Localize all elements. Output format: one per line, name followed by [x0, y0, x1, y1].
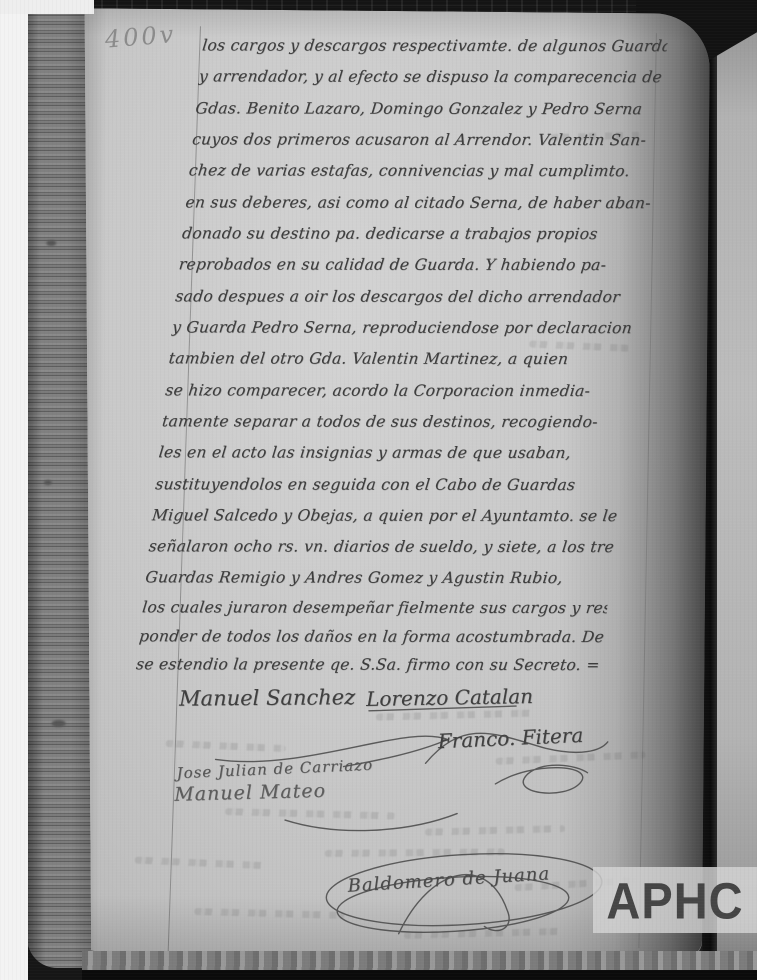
signature-manuel-mateo: Manuel Mateo — [174, 780, 326, 806]
manuscript-page: 400v los cargos y descargos respectivamt… — [74, 8, 710, 957]
signature-flourishes — [74, 8, 710, 957]
scan-margin-left — [0, 0, 28, 980]
book-page-edges — [21, 10, 92, 968]
signature-lorenzo-catalan: Lorenzo Catalan — [366, 684, 533, 711]
signature-manuel-sanchez: Manuel Sanchez — [179, 685, 355, 711]
edge-blot — [52, 720, 66, 727]
mateo-swash — [285, 812, 457, 831]
edge-blot — [44, 480, 52, 485]
adjacent-page-edge — [714, 0, 757, 980]
archive-photo: 400v los cargos y descargos respectivamt… — [0, 0, 757, 980]
carriazo-rubric — [495, 765, 587, 794]
edge-blot — [46, 240, 56, 246]
aphc-watermark-label: APHC — [606, 875, 743, 926]
table-surface — [82, 951, 757, 972]
aphc-watermark: APHC — [593, 867, 757, 933]
scan-margin-corner — [0, 0, 94, 14]
bottom-shadow — [82, 970, 757, 980]
